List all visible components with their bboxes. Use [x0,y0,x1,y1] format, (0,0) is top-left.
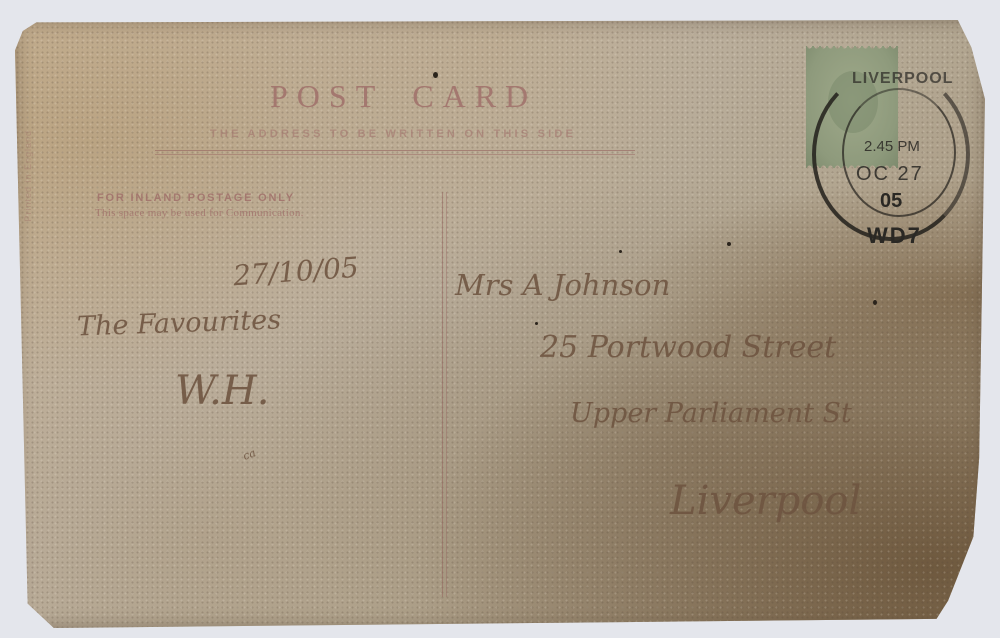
postmark-time: 2.45 PM [864,138,920,155]
postmark-date: OC 27 [856,163,924,186]
postmark-code: WD7 [867,223,922,249]
postmark-town: LIVERPOOL [852,70,953,88]
postmark-year: 05 [880,190,902,213]
postmark: LIVERPOOL 2.45 PM OC 27 05 WD7 [812,58,962,243]
